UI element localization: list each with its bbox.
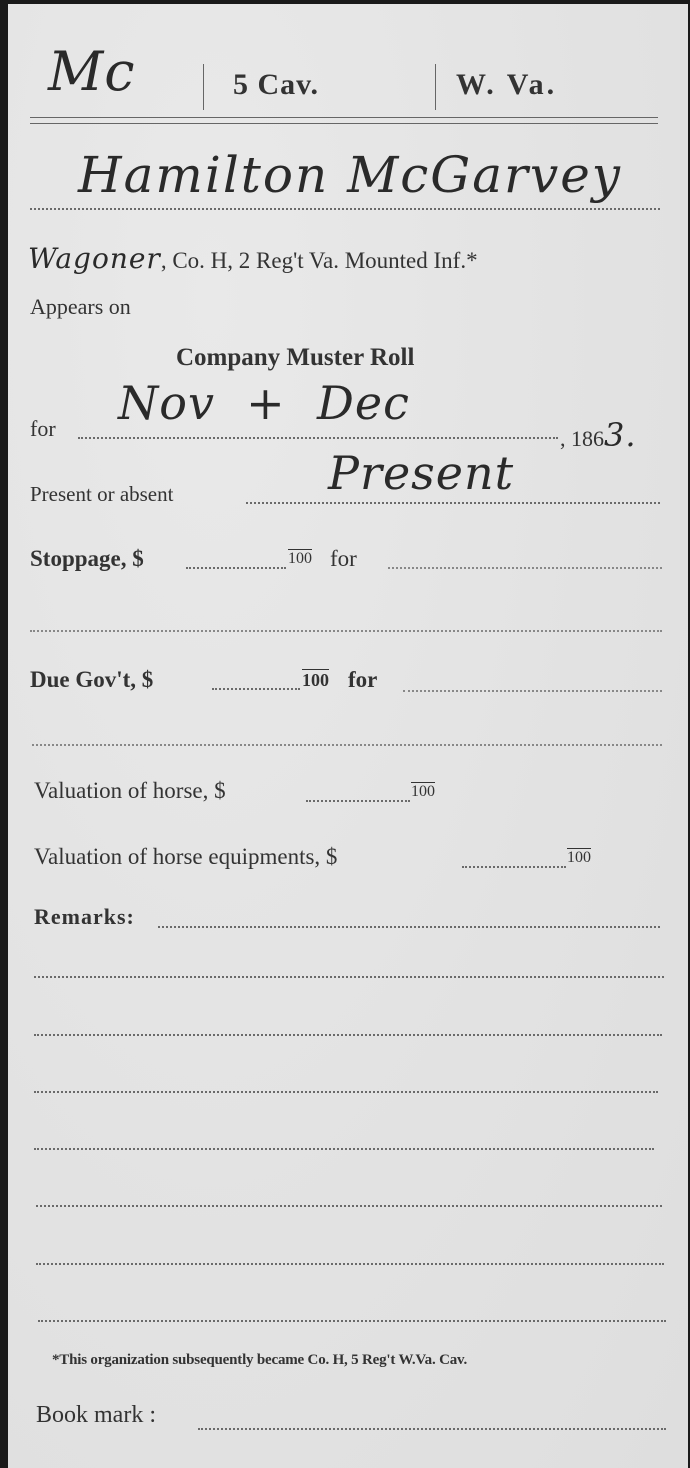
due-gov-continuation-line — [32, 744, 662, 746]
remarks-line-5 — [36, 1205, 662, 1207]
period-line — [78, 437, 558, 439]
remarks-line-6 — [36, 1263, 664, 1265]
year-suffix: 3. — [604, 416, 637, 454]
stoppage-for-label: for — [330, 546, 357, 572]
due-gov-cents: 100 — [302, 670, 329, 691]
unit-text: , Co. H, 2 Reg't Va. Mounted Inf.* — [161, 248, 478, 273]
state-label: W. Va. — [456, 68, 557, 102]
remarks-line-2 — [34, 1034, 662, 1036]
roll-title: Company Muster Roll — [176, 344, 414, 372]
presence-label: Present or absent — [30, 482, 173, 507]
header-divider-1 — [203, 64, 204, 110]
appears-on-label: Appears on — [30, 294, 131, 320]
header-rule-top — [30, 117, 658, 118]
remarks-line-0 — [158, 926, 660, 928]
header-rule-bottom — [30, 123, 658, 124]
stoppage-for-line — [388, 567, 662, 569]
remarks-line-7 — [38, 1320, 666, 1322]
rank-unit-row: Wagoner, Co. H, 2 Reg't Va. Mounted Inf.… — [28, 242, 478, 275]
remarks-line-3 — [34, 1091, 658, 1093]
horse-valuation-line — [306, 800, 410, 802]
equipment-valuation-cents: 100 — [567, 849, 591, 867]
due-gov-label: Due Gov't, $ — [30, 667, 153, 693]
header-divider-2 — [435, 64, 436, 110]
period-year: , 1863. — [560, 416, 637, 454]
stoppage-label: Stoppage, $ — [30, 546, 144, 572]
stoppage-continuation-line — [30, 630, 662, 632]
year-prefix: , 186 — [560, 426, 604, 451]
remarks-line-4 — [34, 1148, 654, 1150]
book-mark-line — [198, 1428, 666, 1430]
due-gov-for-line — [403, 690, 662, 692]
equipment-valuation-line — [462, 866, 566, 868]
name-line — [30, 208, 660, 210]
presence-value: Present — [328, 446, 514, 500]
period-value: Nov + Dec — [118, 376, 410, 430]
stoppage-cents: 100 — [288, 550, 312, 568]
stoppage-amount-line — [186, 567, 286, 569]
soldier-rank: Wagoner — [28, 242, 161, 275]
surname-initial: Mc — [48, 40, 136, 103]
due-gov-for-label: for — [348, 667, 377, 693]
muster-roll-card: Mc 5 Cav. W. Va. Hamilton McGarvey Wagon… — [8, 4, 688, 1468]
presence-line — [246, 502, 660, 504]
regiment-label: 5 Cav. — [233, 68, 319, 102]
book-mark-label: Book mark : — [36, 1402, 156, 1429]
period-label: for — [30, 416, 56, 442]
footnote: *This organization subsequently became C… — [52, 1352, 467, 1369]
due-gov-amount-line — [212, 688, 300, 690]
remarks-label: Remarks: — [34, 904, 135, 930]
horse-valuation-cents: 100 — [411, 783, 435, 801]
remarks-line-1 — [34, 976, 664, 978]
horse-valuation-label: Valuation of horse, $ — [34, 778, 226, 804]
equipment-valuation-label: Valuation of horse equipments, $ — [34, 844, 337, 870]
soldier-name: Hamilton McGarvey — [78, 146, 622, 204]
